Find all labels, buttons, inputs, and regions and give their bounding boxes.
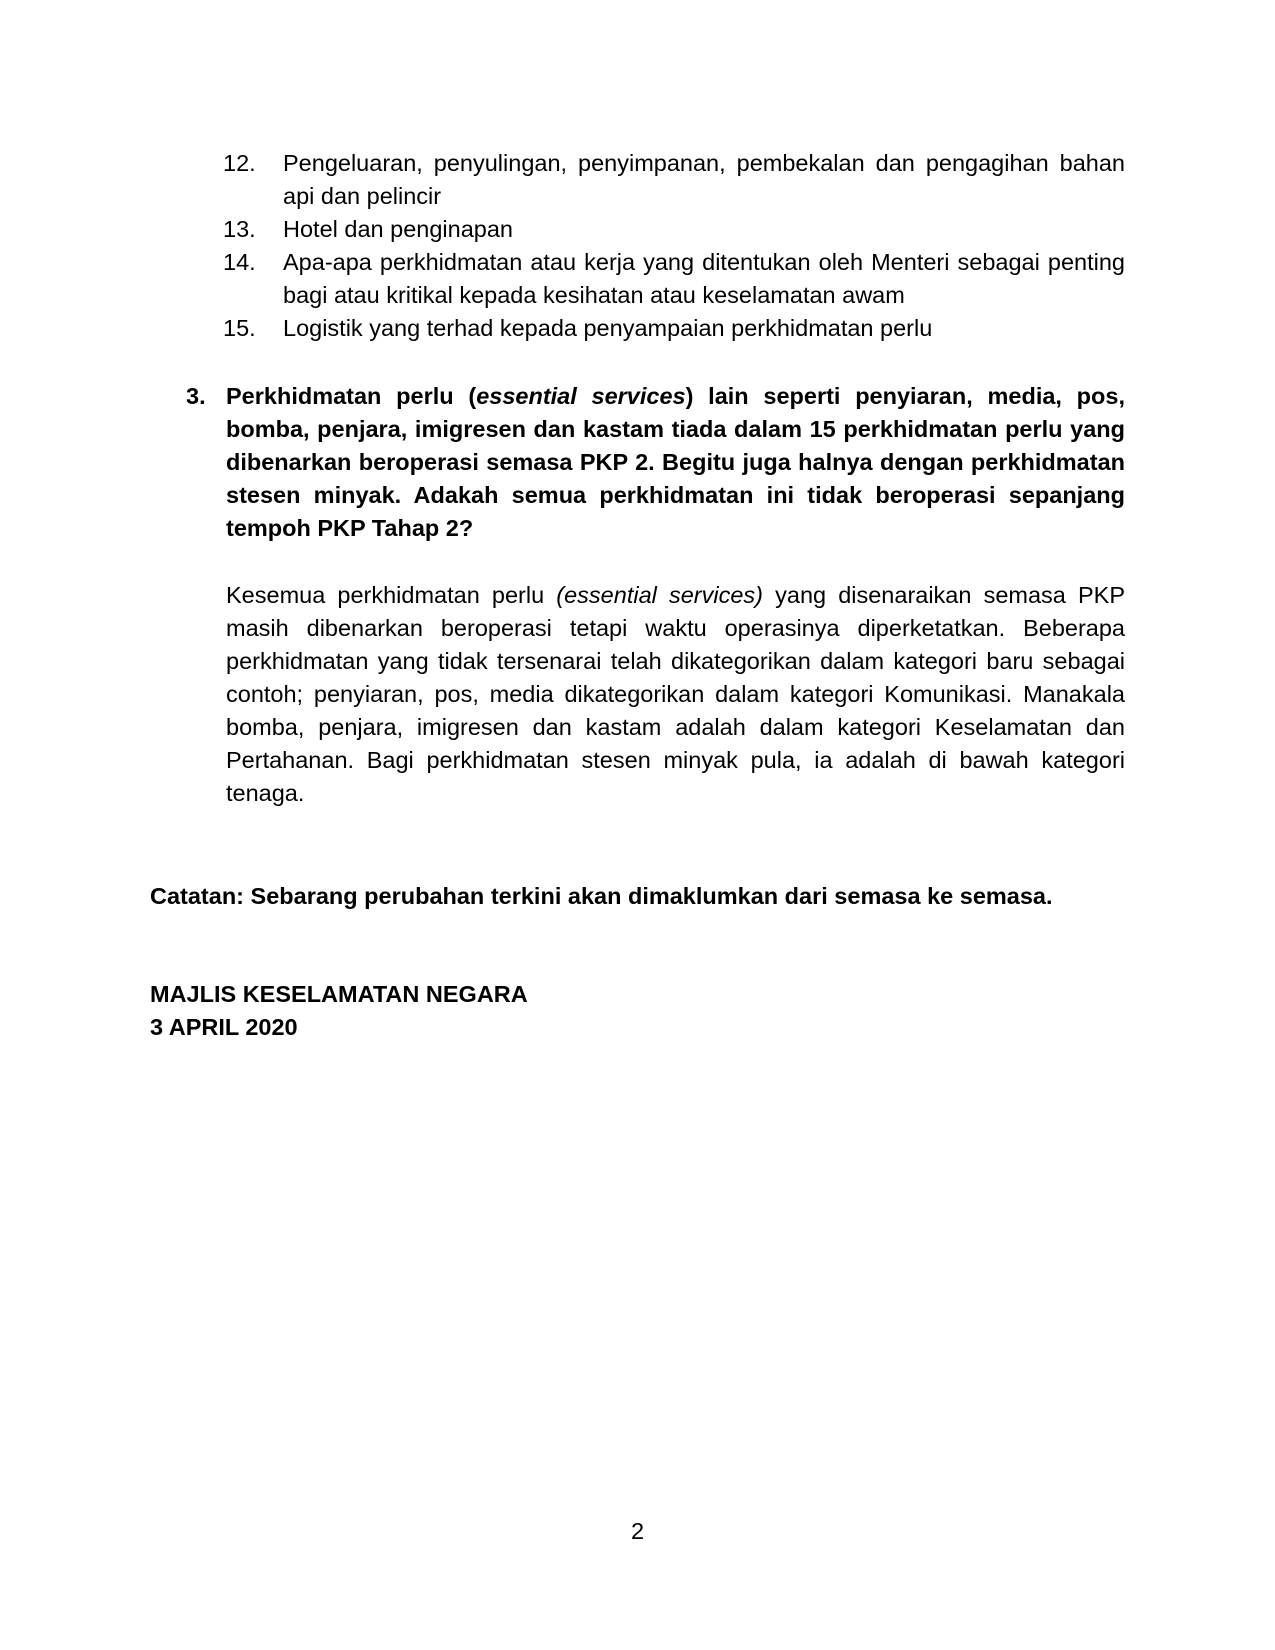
answer-text-part: yang disenaraikan semasa PKP masih diben… <box>226 582 1125 806</box>
signature-organization: MAJLIS KESELAMATAN NEGARA <box>150 978 528 1011</box>
list-item-text: Hotel dan penginapan <box>283 216 513 242</box>
question-3: 3. Perkhidmatan perlu (essential service… <box>186 380 1125 545</box>
page-number: 2 <box>0 1515 1275 1548</box>
answer-text-part: Kesemua perkhidmatan perlu <box>226 582 556 608</box>
question-text-italic: essential services <box>476 383 685 409</box>
question-number: 3. <box>186 380 206 413</box>
list-item-text: Logistik yang terhad kepada penyampaian … <box>283 315 932 341</box>
list-item-number: 13. <box>223 213 256 246</box>
answer-text-italic: (essential services) <box>556 582 763 608</box>
answer-paragraph: Kesemua perkhidmatan perlu (essential se… <box>226 579 1125 810</box>
list-item: 12. Pengeluaran, penyulingan, penyimpana… <box>223 147 1125 213</box>
list-item-text: Pengeluaran, penyulingan, penyimpanan, p… <box>283 150 1125 209</box>
document-page: 12. Pengeluaran, penyulingan, penyimpana… <box>0 0 1275 1650</box>
list-item-number: 14. <box>223 246 256 279</box>
list-item: 15. Logistik yang terhad kepada penyampa… <box>223 312 1125 345</box>
list-item: 13. Hotel dan penginapan <box>223 213 1125 246</box>
signature-date: 3 APRIL 2020 <box>150 1011 528 1044</box>
list-item-number: 15. <box>223 312 256 345</box>
list-item-number: 12. <box>223 147 256 180</box>
list-item: 14. Apa-apa perkhidmatan atau kerja yang… <box>223 246 1125 312</box>
signature-block: MAJLIS KESELAMATAN NEGARA 3 APRIL 2020 <box>150 978 528 1044</box>
note: Catatan: Sebarang perubahan terkini akan… <box>150 880 1130 913</box>
question-text: Perkhidmatan perlu (essential services) … <box>226 380 1125 545</box>
question-text-part: Perkhidmatan perlu ( <box>226 383 476 409</box>
list-item-text: Apa-apa perkhidmatan atau kerja yang dit… <box>283 249 1125 308</box>
essential-services-list: 12. Pengeluaran, penyulingan, penyimpana… <box>223 147 1125 345</box>
